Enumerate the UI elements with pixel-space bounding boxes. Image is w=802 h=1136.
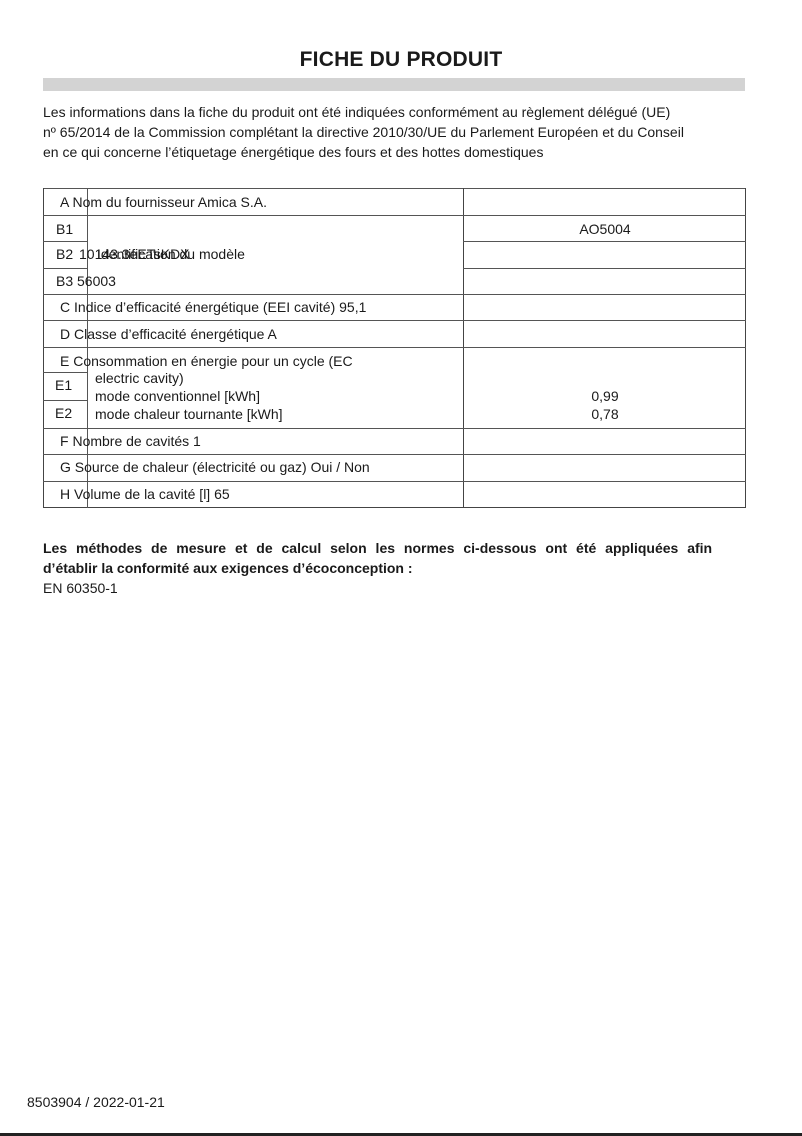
row-code: D [60, 326, 70, 342]
row-code: H [60, 486, 70, 502]
row-divider [43, 347, 746, 348]
table-border-top [43, 188, 746, 189]
row-label: Indice d’efficacité énergétique (EEI cav… [74, 299, 366, 315]
methods-heading-line2: d’établir la conformité aux exigences d’… [43, 558, 756, 578]
row-code: E2 [55, 405, 72, 422]
row-label: 56003 [77, 273, 116, 289]
row-c-label: C Indice d’efficacité énergétique (EEI c… [60, 299, 366, 316]
row-divider [43, 372, 87, 373]
row-code: C [60, 299, 70, 315]
row-divider [43, 320, 746, 321]
row-code: B1 [56, 221, 73, 238]
row-divider [43, 241, 87, 242]
product-fiche-table: A Nom du fournisseur Amica S.A. B1 AO500… [43, 188, 746, 508]
row-e-label-cont: electric cavity) [95, 370, 184, 387]
row-divider [43, 454, 746, 455]
row-d-label: D Classe d’efficacité énergétique A [60, 326, 277, 343]
row-e2-value: 0,78 [464, 406, 746, 423]
row-label: Volume de la cavité [l] 65 [74, 486, 230, 502]
row-b3-label: B3 56003 [56, 273, 116, 290]
row-code: E1 [55, 377, 72, 394]
row-e1-label: mode conventionnel [kWh] [95, 388, 260, 405]
table-border-left [43, 188, 44, 508]
methods-section: Les méthodes de mesure et de calcul selo… [43, 538, 756, 598]
intro-line: en ce qui concerne l’étiquetage énergéti… [43, 142, 753, 162]
row-e-label: E Consommation en énergie pour un cycle … [60, 353, 353, 370]
row-e2-label: mode chaleur tournante [kWh] [95, 406, 283, 423]
row-label: Source de chaleur (électricité ou gaz) O… [75, 459, 370, 475]
intro-paragraph: Les informations dans la fiche du produi… [43, 102, 753, 162]
row-code: E [60, 353, 69, 369]
row-divider [43, 294, 746, 295]
row-a-label: A Nom du fournisseur Amica S.A. [60, 194, 267, 211]
row-b2-overlap: 10143.3eETsKDX Identification du modèle [79, 246, 279, 263]
methods-heading-line1: Les méthodes de mesure et de calcul selo… [43, 538, 756, 558]
row-divider [43, 428, 746, 429]
row-code: A [60, 194, 69, 210]
row-code: F [60, 433, 69, 449]
row-label: Classe d’efficacité énergétique A [74, 326, 277, 342]
model-identifier-value: AO5004 [464, 221, 746, 238]
row-code: B3 [56, 273, 73, 289]
row-e1-value: 0,99 [464, 388, 746, 405]
row-label: Consommation en énergie pour un cycle (E… [73, 353, 352, 369]
row-divider [463, 241, 746, 242]
row-divider [43, 215, 746, 216]
title-underline-bar [43, 78, 745, 91]
row-code: B2 [56, 246, 73, 263]
row-divider [463, 268, 746, 269]
row-f-label: F Nombre de cavités 1 [60, 433, 201, 450]
row-g-label: G Source de chaleur (électricité ou gaz)… [60, 459, 370, 476]
document-reference: 8503904 / 2022-01-21 [27, 1094, 165, 1110]
row-label: Nombre de cavités 1 [72, 433, 200, 449]
table-border-bottom [43, 507, 746, 508]
row-label: Nom du fournisseur Amica S.A. [72, 194, 267, 210]
row-divider [43, 400, 87, 401]
row-code: G [60, 459, 71, 475]
row-divider [43, 481, 746, 482]
intro-line: Les informations dans la fiche du produi… [43, 102, 753, 122]
model-identification-label: Identification du modèle [97, 246, 245, 263]
standard-reference: EN 60350-1 [43, 578, 756, 598]
page-title: FICHE DU PRODUIT [0, 48, 802, 72]
intro-line: nº 65/2014 de la Commission complétant l… [43, 122, 753, 142]
row-divider [43, 268, 87, 269]
row-h-label: H Volume de la cavité [l] 65 [60, 486, 230, 503]
